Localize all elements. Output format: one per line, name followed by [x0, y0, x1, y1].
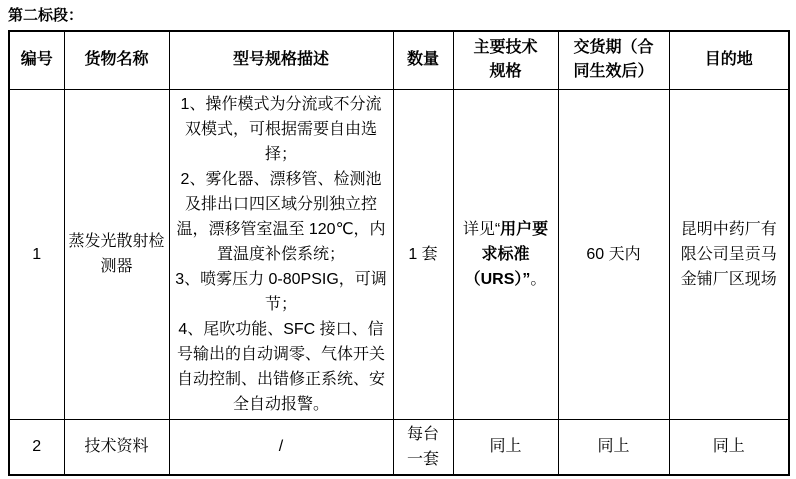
col-header-id: 编号: [9, 31, 64, 89]
cell-row2-delivery: 同上: [558, 419, 669, 475]
cell-row1-goods-name: 蒸发光散射检测器: [64, 89, 169, 419]
spec-item-4: 4、尾吹功能、SFC 接口、信号输出的自动调零、气体开关自动控制、出错修正系统、…: [174, 317, 389, 417]
cell-row2-spec: /: [169, 419, 393, 475]
cell-row1-spec: 1、操作模式为分流或不分流双模式，可根据需要自由选择； 2、雾化器、漂移管、检测…: [169, 89, 393, 419]
table-row-1: 1 蒸发光散射检测器 1、操作模式为分流或不分流双模式，可根据需要自由选择； 2…: [9, 89, 789, 419]
section-title: 第二标段：: [8, 6, 788, 26]
spec-item-2: 2、雾化器、漂移管、检测池及排出口四区域分别独立控温，漂移管室温至 120℃，内…: [174, 167, 389, 267]
table-header-row: 编号 货物名称 型号规格描述 数量 主要技术 规格 交货期（合 同生效后） 目的…: [9, 31, 789, 89]
col-header-spec: 型号规格描述: [169, 31, 393, 89]
cell-row2-tech: 同上: [453, 419, 558, 475]
col-header-qty: 数量: [393, 31, 453, 89]
document-page: 第二标段： 编号 货物名称 型号规格描述 数量 主要技术 规格 交货期（合 同生…: [0, 0, 796, 479]
cell-row2-goods-name: 技术资料: [64, 419, 169, 475]
cell-row1-destination: 昆明中药厂有限公司呈贡马金铺厂区现场: [669, 89, 789, 419]
col-header-tech: 主要技术 规格: [453, 31, 558, 89]
col-header-delivery: 交货期（合 同生效后）: [558, 31, 669, 89]
cell-row2-qty: 每台 一套: [393, 419, 453, 475]
cell-row2-id: 2: [9, 419, 64, 475]
table-row-2: 2 技术资料 / 每台 一套 同上 同上 同上: [9, 419, 789, 475]
cell-row1-delivery: 60 天内: [558, 89, 669, 419]
col-header-goods-name: 货物名称: [64, 31, 169, 89]
col-header-destination: 目的地: [669, 31, 789, 89]
spec-item-3: 3、喷雾压力 0-80PSIG，可调节；: [174, 267, 389, 317]
spec-item-1: 1、操作模式为分流或不分流双模式，可根据需要自由选择；: [174, 92, 389, 167]
goods-table: 编号 货物名称 型号规格描述 数量 主要技术 规格 交货期（合 同生效后） 目的…: [8, 30, 790, 476]
cell-row1-id: 1: [9, 89, 64, 419]
cell-row1-qty: 1 套: [393, 89, 453, 419]
tech-prefix: 详见“: [463, 221, 500, 238]
tech-suffix: 。: [530, 271, 546, 288]
cell-row1-tech: 详见“用户要求标准（URS）”。: [453, 89, 558, 419]
cell-row2-destination: 同上: [669, 419, 789, 475]
